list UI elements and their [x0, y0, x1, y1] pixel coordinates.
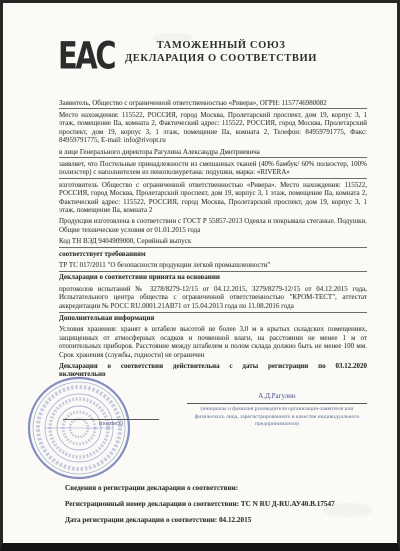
eac-logo: EAC	[58, 37, 114, 76]
signature-zone: (подпись) А.Д.Рагулин (инициалы и фамили…	[59, 392, 367, 454]
scan-smudge	[323, 503, 373, 517]
declaration-document: EAC ТАМОЖЕННЫЙ СОЮЗ ДЕКЛАРАЦИЯ О СООТВЕТ…	[0, 0, 400, 551]
signer-name-caption: (инициалы и фамилия руководителя организ…	[187, 406, 367, 428]
round-stamp-seal	[25, 374, 133, 482]
in-person-line: в лице Генерального директора Рагулина А…	[59, 146, 367, 158]
applicant-line: Заявитель, Общество с ограниченной ответ…	[59, 97, 367, 109]
signer-name: А.Д.Рагулин	[187, 392, 367, 400]
declares-paragraph: заявляет, что Постельные принадлежности …	[59, 158, 367, 179]
regulation-line: ТР ТС 017/2011 "О безопасности продукции…	[59, 260, 367, 272]
title-line-2: ДЕКЛАРАЦИЯ О СООТВЕТСТВИИ	[75, 52, 367, 65]
registration-block: Сведения о регистрации декларации о соот…	[65, 484, 367, 525]
title-line-1: ТАМОЖЕННЫЙ СОЮЗ	[75, 39, 367, 52]
complies-label: соответствует требованиям	[59, 248, 367, 259]
basis-text: протоколов испытаний № 3278/8279-12/15 о…	[59, 283, 367, 312]
registration-date-row: Дата регистрации декларации о соответств…	[65, 516, 367, 525]
signature-right: А.Д.Рагулин (инициалы и фамилия руководи…	[187, 392, 367, 428]
registration-number-row: Регистрационный номер декларации о соотв…	[65, 500, 367, 509]
registration-number-label: Регистрационный номер декларации о соотв…	[65, 500, 239, 508]
registration-number-value: ТС N RU Д-RU.АУ40.В.17547	[241, 500, 335, 508]
signature-caption: (подпись)	[63, 421, 159, 427]
basis-header: Декларация о соответствии принята на осн…	[59, 272, 367, 283]
signature-left: (подпись)	[63, 418, 159, 427]
document-body: Заявитель, Общество с ограниченной ответ…	[59, 97, 367, 380]
document-header: EAC ТАМОЖЕННЫЙ СОЮЗ ДЕКЛАРАЦИЯ О СООТВЕТ…	[3, 39, 397, 83]
tnved-line: Код ТН ВЭД 9404909000, Серийный выпуск	[59, 236, 367, 248]
manufacturer-paragraph: изготовитель Общество с ограниченной отв…	[59, 179, 367, 216]
signer-name-line	[187, 402, 367, 404]
scan-smudge	[153, 33, 193, 43]
applicant-address: Место нахождения: 115522, РОССИЯ, город …	[59, 109, 367, 146]
registration-date-label: Дата регистрации декларации о соответств…	[65, 516, 217, 524]
storage-conditions: Условия хранения: хранят в штабеле высот…	[59, 324, 367, 361]
registration-date-value: 04.12.2015	[219, 516, 251, 524]
product-standard-paragraph: Продукция изготовлена в соответствии с Г…	[59, 216, 367, 236]
additional-info-header: Дополнительная информация	[59, 313, 367, 324]
registration-header: Сведения о регистрации декларации о соот…	[65, 484, 367, 493]
